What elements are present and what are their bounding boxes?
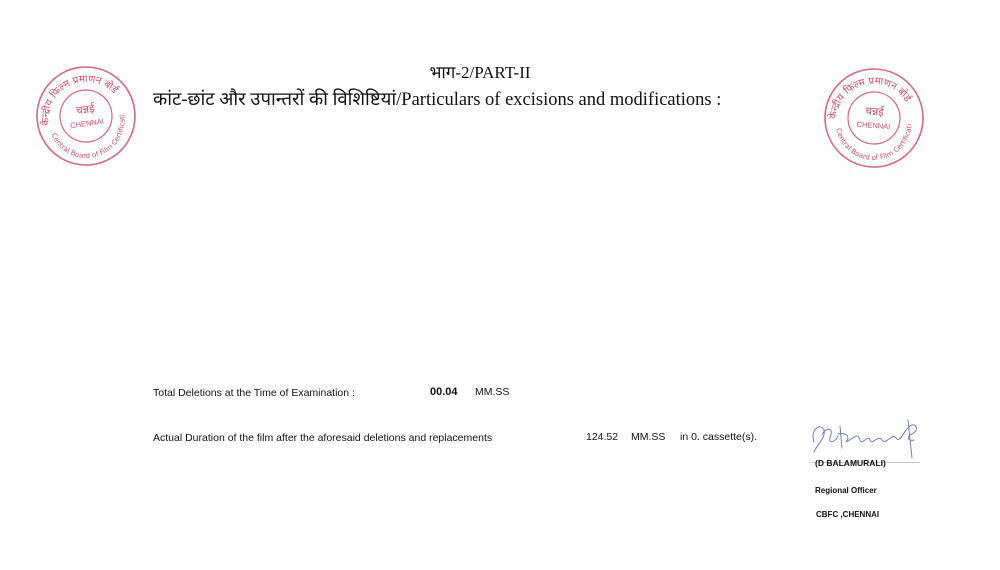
signatory-name: (D BALAMURALI) xyxy=(815,458,886,468)
svg-text:CHENNAI: CHENNAI xyxy=(856,120,890,131)
svg-text:चन्नई: चन्नई xyxy=(75,102,96,118)
actual-duration-unit: MM.SS xyxy=(631,431,665,443)
signatory-org: CBFC ,CHENNAI xyxy=(816,510,879,519)
svg-text:चन्नई: चन्नई xyxy=(865,104,886,118)
total-deletions-value: 00.04 xyxy=(430,386,458,398)
signatory-role: Regional Officer xyxy=(815,486,877,495)
signature-scribble-icon xyxy=(808,412,930,460)
actual-duration-value: 124.52 xyxy=(586,431,618,443)
svg-text:CHENNAI: CHENNAI xyxy=(70,117,105,131)
actual-duration-label: Actual Duration of the film after the af… xyxy=(153,432,492,444)
total-deletions-unit: MM.SS xyxy=(475,386,509,398)
part-title: भाग-2/PART-II xyxy=(0,60,960,83)
section-title: कांट-छांट और उपान्तरों की विशिष्टियां/Pa… xyxy=(153,86,721,111)
signature xyxy=(808,412,930,460)
cassettes-text: in 0. cassette(s). xyxy=(680,431,757,443)
total-deletions-label: Total Deletions at the Time of Examinati… xyxy=(153,387,355,399)
